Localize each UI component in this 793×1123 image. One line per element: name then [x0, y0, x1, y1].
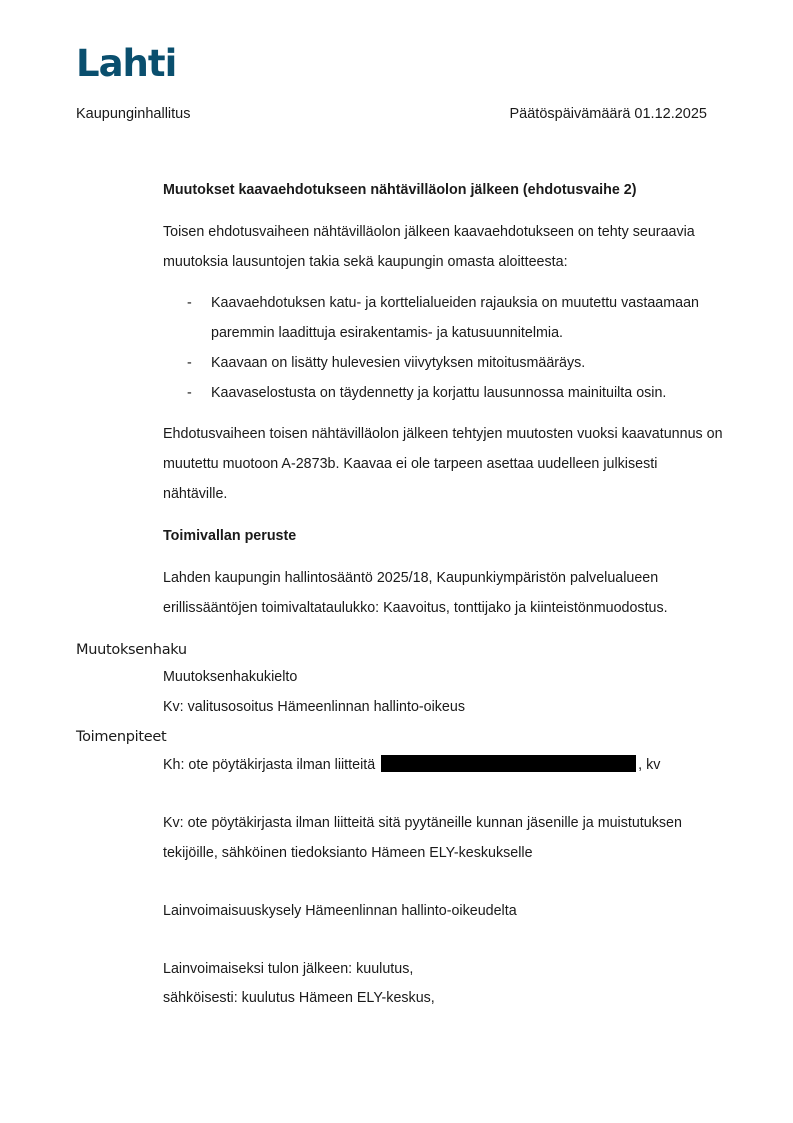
- lahti-logo: Lahti: [76, 44, 176, 84]
- after-legal-line-2: sähköisesti: kuulutus Hämeen ELY-keskus,: [163, 983, 435, 1013]
- appeal-instructions: Kv: valitusosoitus Hämeenlinnan hallinto…: [163, 692, 465, 722]
- kh-action-text: Kh: ote pöytäkirjasta ilman liitteitä: [163, 757, 375, 773]
- organ-name: Kaupunginhallitus: [76, 106, 190, 122]
- changes-list: -Kaavaehdotuksen katu- ja korttelialueid…: [163, 288, 723, 408]
- list-item: -Kaavaselostusta on täydennetty ja korja…: [163, 378, 723, 408]
- section-title-changes: Muutokset kaavaehdotukseen nähtävilläolo…: [163, 175, 637, 205]
- bullet-text: Kaavaselostusta on täydennetty ja korjat…: [211, 385, 666, 401]
- section-title-authority: Toimivallan peruste: [163, 521, 296, 551]
- decision-date: Päätöspäivämäärä 01.12.2025: [509, 106, 707, 122]
- appeal-prohibition: Muutoksenhakukielto: [163, 662, 297, 692]
- bullet-text: Kaavaan on lisätty hulevesien viivytykse…: [211, 355, 585, 371]
- dash-bullet: -: [187, 378, 192, 408]
- actions-heading: Toimenpiteet: [76, 729, 166, 745]
- kh-action-suffix: , kv: [638, 757, 660, 773]
- after-legal-line-1: Lainvoimaiseksi tulon jälkeen: kuulutus,: [163, 954, 413, 984]
- dash-bullet: -: [187, 348, 192, 378]
- redacted-block: [381, 755, 636, 772]
- changes-intro: Toisen ehdotusvaiheen nähtävilläolon jäl…: [163, 217, 723, 277]
- authority-text: Lahden kaupungin hallintosääntö 2025/18,…: [163, 563, 723, 623]
- dash-bullet: -: [187, 288, 192, 318]
- legality-query: Lainvoimaisuuskysely Hämeenlinnan hallin…: [163, 896, 517, 926]
- list-item: -Kaavaan on lisätty hulevesien viivytyks…: [163, 348, 723, 378]
- bullet-text: Kaavaehdotuksen katu- ja korttelialueide…: [211, 295, 699, 341]
- kh-action: Kh: ote pöytäkirjasta ilman liitteitä , …: [163, 750, 660, 780]
- changes-closing: Ehdotusvaiheen toisen nähtävilläolon jäl…: [163, 419, 723, 509]
- appeal-heading: Muutoksenhaku: [76, 642, 187, 658]
- list-item: -Kaavaehdotuksen katu- ja korttelialueid…: [163, 288, 723, 348]
- kv-action: Kv: ote pöytäkirjasta ilman liitteitä si…: [163, 808, 723, 868]
